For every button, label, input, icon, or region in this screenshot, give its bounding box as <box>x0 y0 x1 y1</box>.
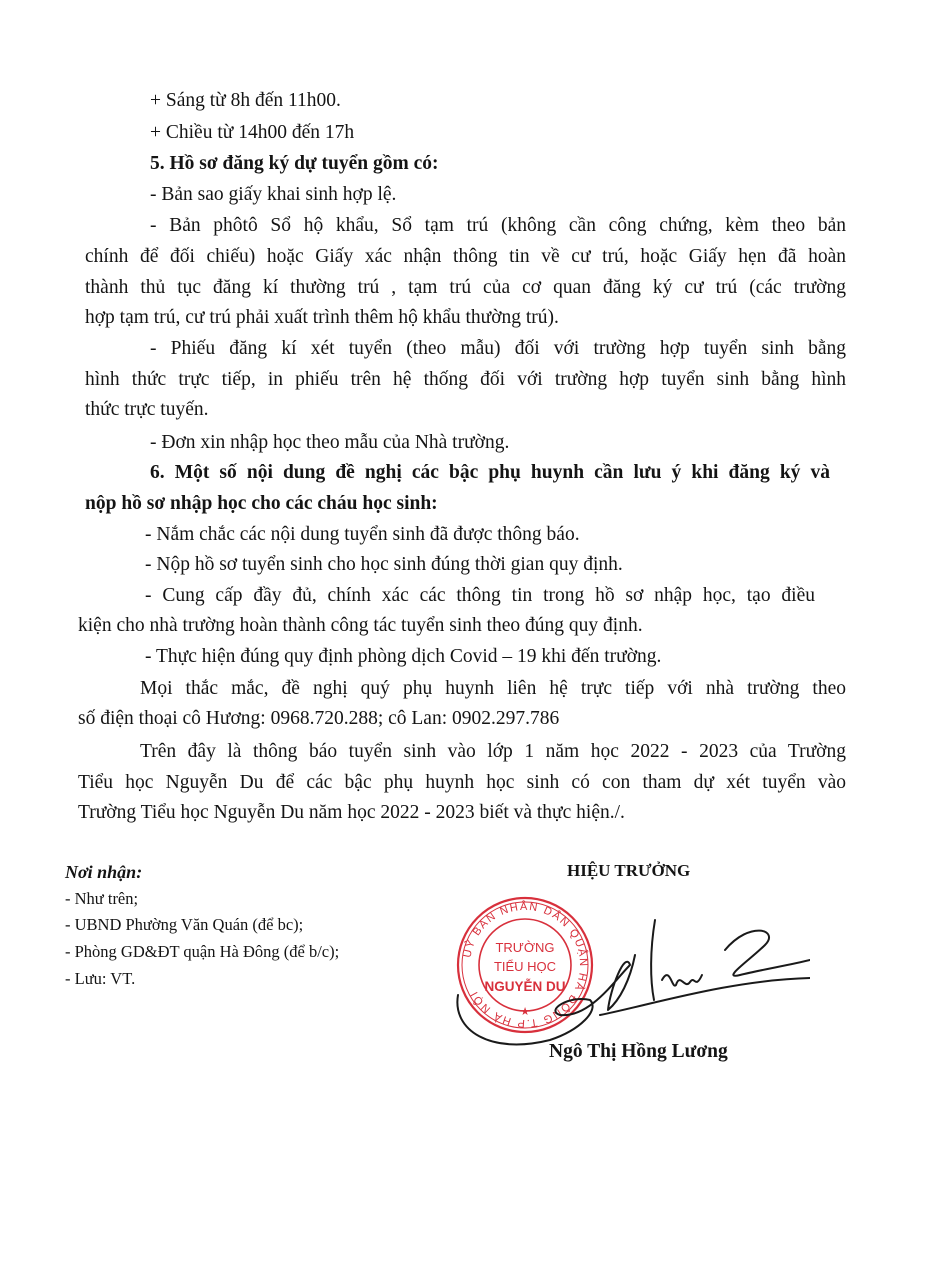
section5-item-4: - Đơn xin nhập học theo mẫu của Nhà trườ… <box>150 431 509 455</box>
recipient-item: - Phòng GD&ĐT quận Hà Đông (để b/c); <box>65 941 339 963</box>
section5-item-3-line3: thức trực tuyến. <box>85 398 208 422</box>
section5-item-1: - Bản sao giấy khai sinh hợp lệ. <box>150 183 396 207</box>
recipients-title: Nơi nhận: <box>65 861 142 883</box>
section5-item-3-line1: - Phiếu đăng kí xét tuyển (theo mẫu) đối… <box>150 337 846 361</box>
handwritten-signature-icon <box>450 890 810 1060</box>
section6-item-3-line1: - Cung cấp đầy đủ, chính xác các thông t… <box>145 584 815 608</box>
signer-name: Ngô Thị Hồng Lương <box>549 1041 728 1063</box>
closing-line1: Trên đây là thông báo tuyển sinh vào lớp… <box>140 740 846 764</box>
section5-item-2-line2: chính để đối chiếu) hoặc Giấy xác nhận t… <box>85 245 846 269</box>
section6-heading-line1: 6. Một số nội dung đề nghị các bậc phụ h… <box>150 461 830 485</box>
section5-item-2-line4: hợp tạm trú, cư trú phải xuất trình thêm… <box>85 306 559 330</box>
contact-line2: số điện thoại cô Hương: 0968.720.288; cô… <box>78 707 559 731</box>
schedule-morning: + Sáng từ 8h đến 11h00. <box>150 89 341 113</box>
closing-line3: Trường Tiểu học Nguyễn Du năm học 2022 -… <box>78 801 625 825</box>
section6-item-2: - Nộp hồ sơ tuyển sinh cho học sinh đúng… <box>145 553 623 577</box>
schedule-afternoon: + Chiều từ 14h00 đến 17h <box>150 121 354 145</box>
section5-item-3-line2: hình thức trực tiếp, in phiếu trên hệ th… <box>85 368 846 392</box>
recipient-item: - Lưu: VT. <box>65 968 135 990</box>
section5-heading: 5. Hồ sơ đăng ký dự tuyển gồm có: <box>150 152 439 176</box>
section5-item-2-line3: thành thủ tục đăng kí thường trú , tạm t… <box>85 276 846 300</box>
section5-item-2-line1: - Bản phôtô Sổ hộ khẩu, Sổ tạm trú (khôn… <box>150 214 846 238</box>
section6-item-3-line2: kiện cho nhà trường hoàn thành công tác … <box>78 614 643 638</box>
section6-item-1: - Nắm chắc các nội dung tuyển sinh đã đư… <box>145 523 580 547</box>
section6-heading-line2: nộp hồ sơ nhập học cho các cháu học sinh… <box>85 492 438 516</box>
closing-line2: Tiểu học Nguyễn Du để các bậc phụ huynh … <box>78 771 846 795</box>
recipient-item: - UBND Phường Văn Quán (để bc); <box>65 914 303 936</box>
contact-line1: Mọi thắc mắc, đề nghị quý phụ huynh liên… <box>140 677 846 701</box>
signature-title: HIỆU TRƯỞNG <box>567 861 690 881</box>
recipient-item: - Như trên; <box>65 888 138 910</box>
section6-item-4: - Thực hiện đúng quy định phòng dịch Cov… <box>145 645 661 669</box>
